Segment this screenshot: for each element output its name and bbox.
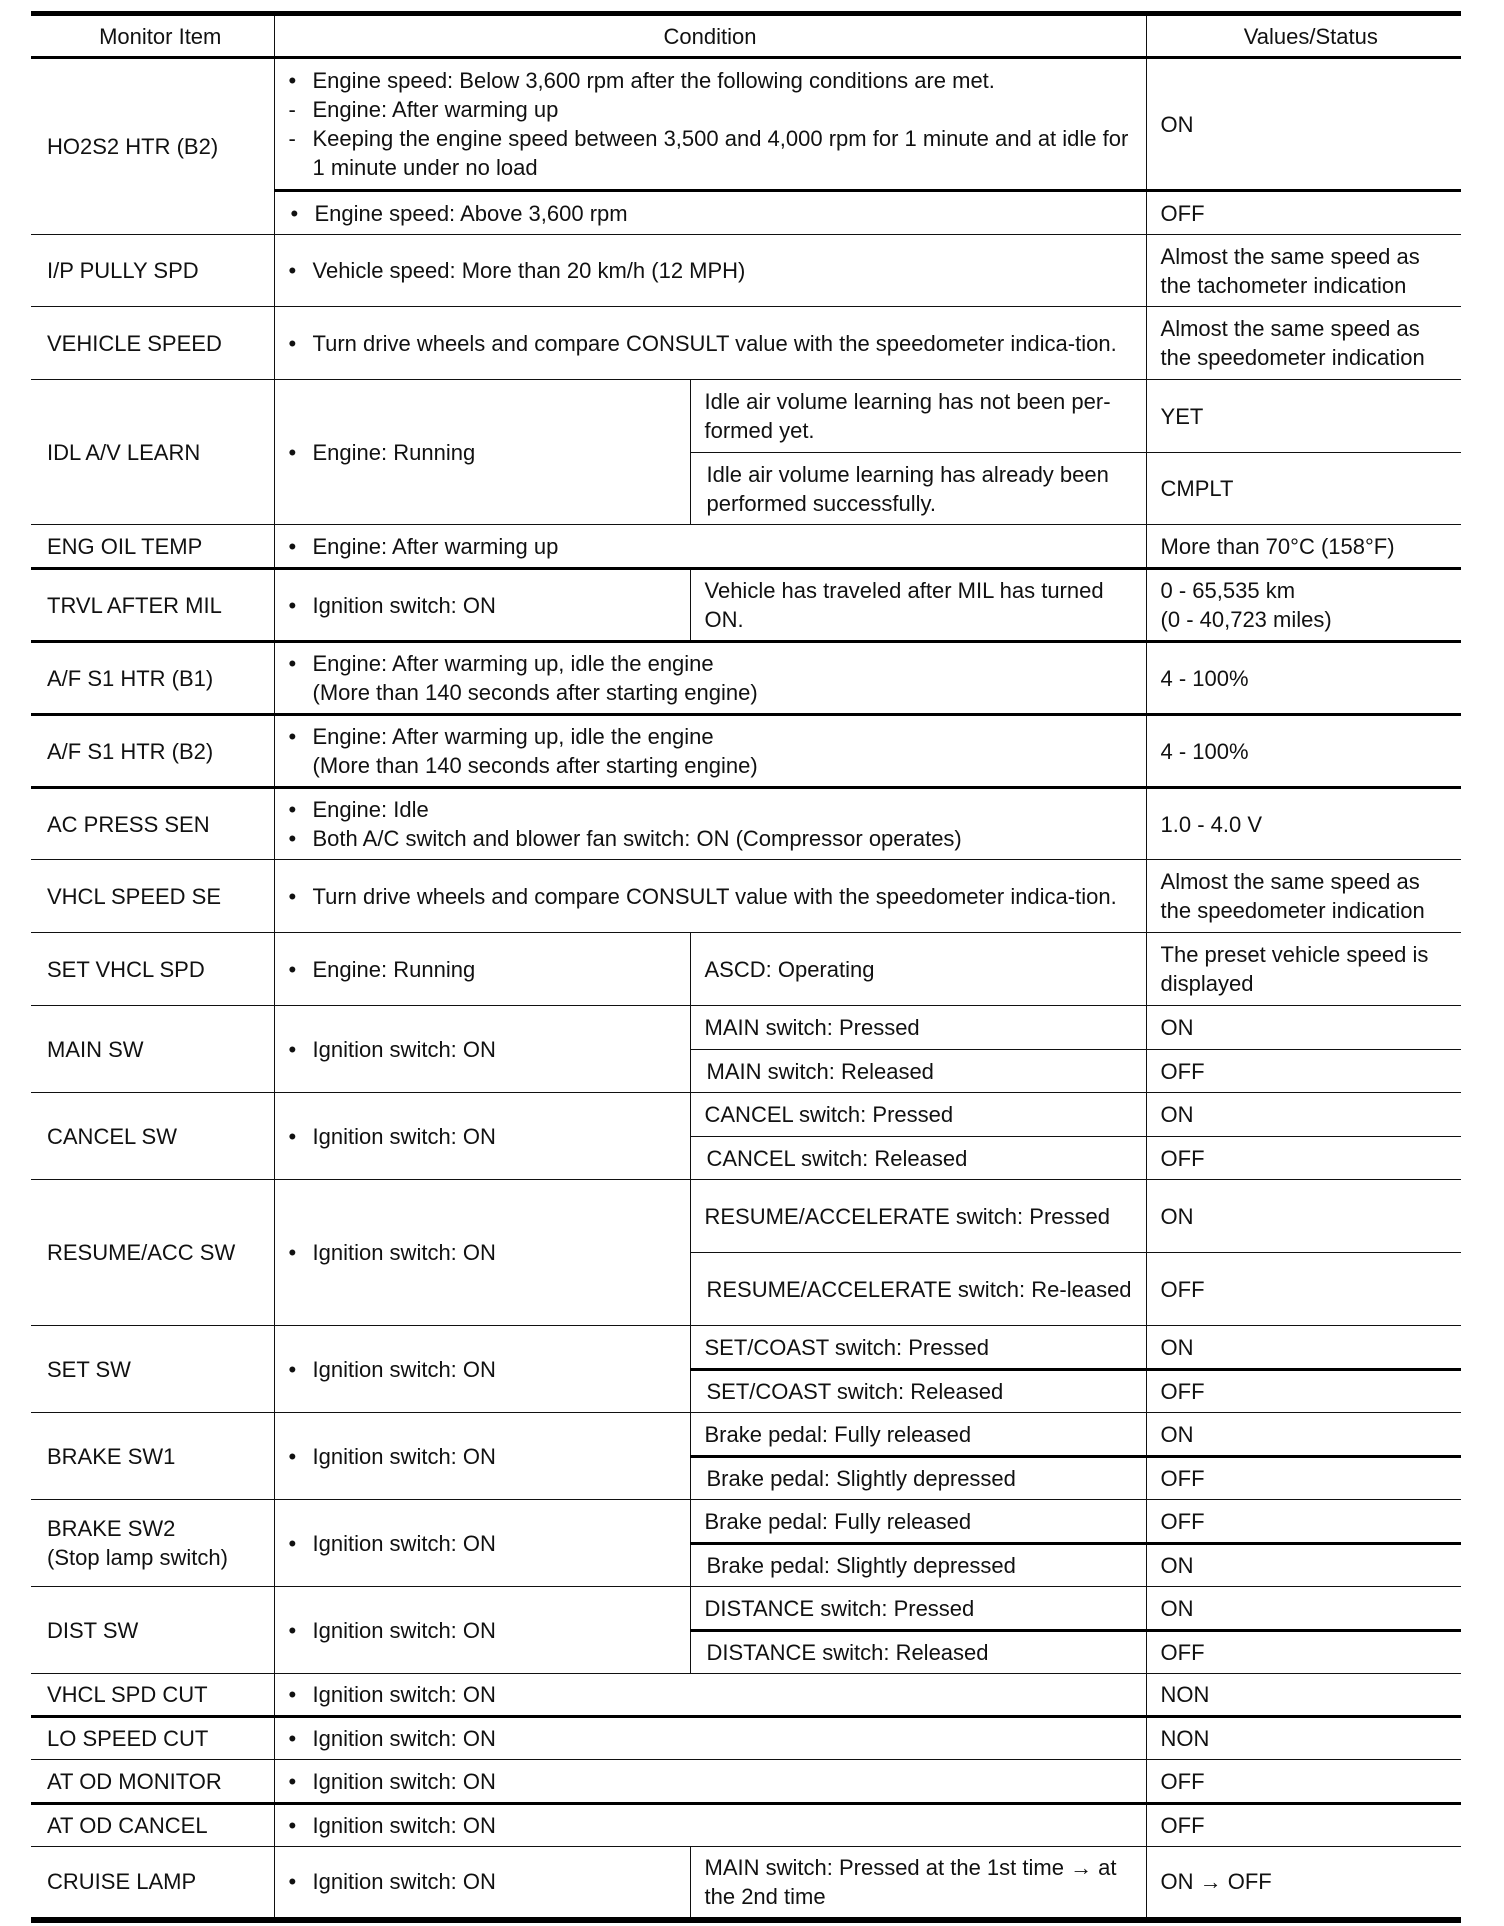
condition-text: Ignition switch: ON (313, 591, 680, 620)
monitor-item: BRAKE SW1 (31, 1413, 274, 1500)
bullet-icon: • (289, 329, 313, 358)
value-status: OFF (1146, 1050, 1461, 1093)
condition: •Ignition switch: ON (274, 1760, 1146, 1804)
condition-text: Engine speed: Below 3,600 rpm after the … (313, 66, 1136, 95)
table-row: BRAKE SW2 (Stop lamp switch) •Ignition s… (31, 1500, 1461, 1544)
condition: •Ignition switch: ON (274, 1674, 1146, 1717)
condition: •Vehicle speed: More than 20 km/h (12 MP… (274, 235, 1146, 307)
condition: •Engine: Idle •Both A/C switch and blowe… (274, 788, 1146, 860)
bullet-icon: • (289, 1035, 313, 1064)
table-row: TRVL AFTER MIL •Ignition switch: ON Vehi… (31, 569, 1461, 642)
table-row: CRUISE LAMP •Ignition switch: ON MAIN sw… (31, 1847, 1461, 1920)
condition-text: Ignition switch: ON (313, 1529, 680, 1558)
value-status: ON (1146, 1180, 1461, 1253)
condition-text: Ignition switch: ON (313, 1724, 1136, 1753)
monitor-item: AT OD MONITOR (31, 1760, 274, 1804)
bullet-icon: • (289, 1238, 313, 1267)
header-monitor-item: Monitor Item (31, 14, 274, 58)
condition-text: Engine: After warming up, idle the engin… (313, 722, 1136, 751)
monitor-item: BRAKE SW2 (Stop lamp switch) (31, 1500, 274, 1587)
bullet-icon: • (289, 66, 313, 95)
table-row: RESUME/ACC SW •Ignition switch: ON RESUM… (31, 1180, 1461, 1253)
monitor-item-line: BRAKE SW2 (47, 1514, 264, 1543)
condition-text: Ignition switch: ON (313, 1355, 680, 1384)
bullet-icon: • (289, 256, 313, 285)
sub-condition: MAIN switch: Released (690, 1050, 1146, 1093)
condition-text: Engine: Running (313, 955, 680, 984)
table-row: HO2S2 HTR (B2) •Engine speed: Below 3,60… (31, 58, 1461, 191)
sub-condition: RESUME/ACCELERATE switch: Re-leased (690, 1253, 1146, 1326)
condition: •Ignition switch: ON (274, 1006, 690, 1093)
table-row: A/F S1 HTR (B2) •Engine: After warming u… (31, 715, 1461, 788)
sub-condition: CANCEL switch: Released (690, 1137, 1146, 1180)
condition: •Engine: Running (274, 933, 690, 1006)
table-row: SET VHCL SPD •Engine: Running ASCD: Oper… (31, 933, 1461, 1006)
sub-condition: Vehicle has traveled after MIL has turne… (690, 569, 1146, 642)
monitor-item-line: (Stop lamp switch) (47, 1543, 264, 1572)
value-status: NON (1146, 1674, 1461, 1717)
condition-text: Engine: Running (313, 438, 680, 467)
condition-text: Vehicle speed: More than 20 km/h (12 MPH… (313, 256, 1136, 285)
dash-icon: - (289, 124, 313, 182)
sub-condition: Brake pedal: Fully released (690, 1413, 1146, 1457)
condition: •Ignition switch: ON (274, 1413, 690, 1500)
monitor-item: DIST SW (31, 1587, 274, 1674)
monitor-item: ENG OIL TEMP (31, 525, 274, 569)
sub-condition: SET/COAST switch: Pressed (690, 1326, 1146, 1370)
condition: •Engine: Running (274, 380, 690, 525)
bullet-icon: • (289, 591, 313, 620)
table-row: AT OD CANCEL •Ignition switch: ON OFF (31, 1804, 1461, 1847)
table-row: LO SPEED CUT •Ignition switch: ON NON (31, 1717, 1461, 1760)
value-line: (0 - 40,723 miles) (1161, 605, 1452, 634)
value-status: YET (1146, 380, 1461, 453)
monitor-item: LO SPEED CUT (31, 1717, 274, 1760)
monitor-item: A/F S1 HTR (B1) (31, 642, 274, 715)
table-row: I/P PULLY SPD •Vehicle speed: More than … (31, 235, 1461, 307)
monitor-item: SET VHCL SPD (31, 933, 274, 1006)
condition-text: Both A/C switch and blower fan switch: O… (313, 824, 1136, 853)
value-status: OFF (1146, 1500, 1461, 1544)
value-status: OFF (1146, 1370, 1461, 1413)
table-row: MAIN SW •Ignition switch: ON MAIN switch… (31, 1006, 1461, 1050)
condition-text: Ignition switch: ON (313, 1811, 1136, 1840)
condition-text: Engine: After warming up (313, 532, 1136, 561)
bullet-icon: • (289, 722, 313, 751)
sub-condition: Brake pedal: Slightly depressed (690, 1544, 1146, 1587)
value-status: CMPLT (1146, 453, 1461, 525)
monitor-item: VHCL SPD CUT (31, 1674, 274, 1717)
monitor-item-table: Monitor Item Condition Values/Status HO2… (31, 11, 1461, 1923)
sub-condition: RESUME/ACCELERATE switch: Pressed (690, 1180, 1146, 1253)
table-row: AT OD MONITOR •Ignition switch: ON OFF (31, 1760, 1461, 1804)
bullet-icon: • (289, 1867, 313, 1896)
condition-text: Turn drive wheels and compare CONSULT va… (313, 329, 1136, 358)
value-status: 4 - 100% (1146, 715, 1461, 788)
bullet-icon: • (289, 1616, 313, 1645)
condition: •Engine: After warming up, idle the engi… (274, 642, 1146, 715)
monitor-item: VHCL SPEED SE (31, 860, 274, 933)
condition-text: Ignition switch: ON (313, 1680, 1136, 1709)
table-row: SET SW •Ignition switch: ON SET/COAST sw… (31, 1326, 1461, 1370)
condition: •Ignition switch: ON (274, 1180, 690, 1326)
table-row: VEHICLE SPEED •Turn drive wheels and com… (31, 307, 1461, 380)
condition-text: Ignition switch: ON (313, 1442, 680, 1471)
sub-condition: Brake pedal: Fully released (690, 1500, 1146, 1544)
table-row: A/F S1 HTR (B1) •Engine: After warming u… (31, 642, 1461, 715)
monitor-item: AC PRESS SEN (31, 788, 274, 860)
condition: •Engine: After warming up, idle the engi… (274, 715, 1146, 788)
condition: •Ignition switch: ON (274, 1587, 690, 1674)
value-status: The preset vehicle speed is displayed (1146, 933, 1461, 1006)
value-status: 0 - 65,535 km (0 - 40,723 miles) (1146, 569, 1461, 642)
condition: •Ignition switch: ON (274, 1326, 690, 1413)
condition-text: Ignition switch: ON (313, 1867, 680, 1896)
value-status: OFF (1146, 1804, 1461, 1847)
monitor-item: SET SW (31, 1326, 274, 1413)
condition: •Turn drive wheels and compare CONSULT v… (274, 307, 1146, 380)
value-status: More than 70°C (158°F) (1146, 525, 1461, 569)
bullet-icon: • (289, 1724, 313, 1753)
bullet-icon: • (289, 1122, 313, 1151)
condition-text: Ignition switch: ON (313, 1767, 1136, 1796)
condition-text: Ignition switch: ON (313, 1035, 680, 1064)
value-line: 0 - 65,535 km (1161, 576, 1452, 605)
condition: •Ignition switch: ON (274, 569, 690, 642)
sub-condition: Idle air volume learning has already bee… (690, 453, 1146, 525)
condition-text: Ignition switch: ON (313, 1616, 680, 1645)
condition-text: Engine: After warming up, idle the engin… (313, 649, 1136, 678)
monitor-item: A/F S1 HTR (B2) (31, 715, 274, 788)
value-status: ON (1146, 1544, 1461, 1587)
bullet-icon: • (289, 1355, 313, 1384)
bullet-icon: • (289, 1767, 313, 1796)
condition: •Turn drive wheels and compare CONSULT v… (274, 860, 1146, 933)
table-row: VHCL SPD CUT •Ignition switch: ON NON (31, 1674, 1461, 1717)
condition-text: (More than 140 seconds after starting en… (313, 678, 1136, 707)
bullet-icon: • (289, 882, 313, 911)
sub-condition: SET/COAST switch: Released (690, 1370, 1146, 1413)
condition-text: Engine: After warming up (313, 95, 1136, 124)
condition: •Engine speed: Below 3,600 rpm after the… (274, 58, 1146, 191)
monitor-item: IDL A/V LEARN (31, 380, 274, 525)
sub-condition: ASCD: Operating (690, 933, 1146, 1006)
bullet-icon: • (289, 1529, 313, 1558)
value-status: OFF (1146, 1760, 1461, 1804)
condition-text: Ignition switch: ON (313, 1238, 680, 1267)
table-row: CANCEL SW •Ignition switch: ON CANCEL sw… (31, 1093, 1461, 1137)
value-status: ON (1146, 1587, 1461, 1631)
condition-text: Keeping the engine speed between 3,500 a… (313, 124, 1136, 182)
value-status: ON (1146, 1006, 1461, 1050)
condition: •Ignition switch: ON (274, 1717, 1146, 1760)
value-status: OFF (1146, 1631, 1461, 1674)
value-status: ON (1146, 58, 1461, 191)
bullet-icon: • (289, 1811, 313, 1840)
bullet-icon: • (289, 532, 313, 561)
table-row: IDL A/V LEARN •Engine: Running Idle air … (31, 380, 1461, 453)
value-status: ON (1146, 1093, 1461, 1137)
value-status: ON (1146, 1413, 1461, 1457)
condition-text: Ignition switch: ON (313, 1122, 680, 1151)
value-status: Almost the same speed as the tachometer … (1146, 235, 1461, 307)
sub-condition: CANCEL switch: Pressed (690, 1093, 1146, 1137)
sub-condition: MAIN switch: Pressed (690, 1006, 1146, 1050)
bullet-icon: • (289, 1680, 313, 1709)
table-row: AC PRESS SEN •Engine: Idle •Both A/C swi… (31, 788, 1461, 860)
table-row: BRAKE SW1 •Ignition switch: ON Brake ped… (31, 1413, 1461, 1457)
value-status: ON → OFF (1146, 1847, 1461, 1920)
table-row: ENG OIL TEMP •Engine: After warming up M… (31, 525, 1461, 569)
table-row: DIST SW •Ignition switch: ON DISTANCE sw… (31, 1587, 1461, 1631)
dash-icon: - (289, 95, 313, 124)
value-status: OFF (1146, 1457, 1461, 1500)
sub-condition: DISTANCE switch: Released (690, 1631, 1146, 1674)
bullet-icon: • (289, 438, 313, 467)
header-values-status: Values/Status (1146, 14, 1461, 58)
monitor-item: CANCEL SW (31, 1093, 274, 1180)
monitor-item: TRVL AFTER MIL (31, 569, 274, 642)
monitor-item: VEHICLE SPEED (31, 307, 274, 380)
sub-condition: Brake pedal: Slightly depressed (690, 1457, 1146, 1500)
value-status: 1.0 - 4.0 V (1146, 788, 1461, 860)
condition-text: Engine speed: Above 3,600 rpm (315, 199, 1136, 228)
monitor-item: I/P PULLY SPD (31, 235, 274, 307)
monitor-item: AT OD CANCEL (31, 1804, 274, 1847)
value-status: ON (1146, 1326, 1461, 1370)
value-status: NON (1146, 1717, 1461, 1760)
value-status: OFF (1146, 1253, 1461, 1326)
condition-text: (More than 140 seconds after starting en… (313, 751, 1136, 780)
sub-condition: MAIN switch: Pressed at the 1st time → a… (690, 1847, 1146, 1920)
value-status: Almost the same speed as the speedometer… (1146, 860, 1461, 933)
bullet-icon: • (289, 824, 313, 853)
condition-text: Engine: Idle (313, 795, 1136, 824)
monitor-item: HO2S2 HTR (B2) (31, 58, 274, 235)
value-status: Almost the same speed as the speedometer… (1146, 307, 1461, 380)
condition: •Ignition switch: ON (274, 1500, 690, 1587)
monitor-item: RESUME/ACC SW (31, 1180, 274, 1326)
value-status: OFF (1146, 191, 1461, 235)
condition: •Ignition switch: ON (274, 1847, 690, 1920)
bullet-icon: • (291, 199, 315, 228)
sub-condition: Idle air volume learning has not been pe… (690, 380, 1146, 453)
bullet-icon: • (289, 649, 313, 678)
monitor-item: MAIN SW (31, 1006, 274, 1093)
value-status: OFF (1146, 1137, 1461, 1180)
monitor-item: CRUISE LAMP (31, 1847, 274, 1920)
condition: •Engine: After warming up (274, 525, 1146, 569)
sub-condition: DISTANCE switch: Pressed (690, 1587, 1146, 1631)
header-condition: Condition (274, 14, 1146, 58)
value-status: 4 - 100% (1146, 642, 1461, 715)
bullet-icon: • (289, 1442, 313, 1471)
table-header-row: Monitor Item Condition Values/Status (31, 14, 1461, 58)
condition: •Ignition switch: ON (274, 1804, 1146, 1847)
condition: •Ignition switch: ON (274, 1093, 690, 1180)
table-row: VHCL SPEED SE •Turn drive wheels and com… (31, 860, 1461, 933)
condition-text: Turn drive wheels and compare CONSULT va… (313, 882, 1136, 911)
condition: •Engine speed: Above 3,600 rpm (274, 191, 1146, 235)
bullet-icon: • (289, 955, 313, 984)
bullet-icon: • (289, 795, 313, 824)
